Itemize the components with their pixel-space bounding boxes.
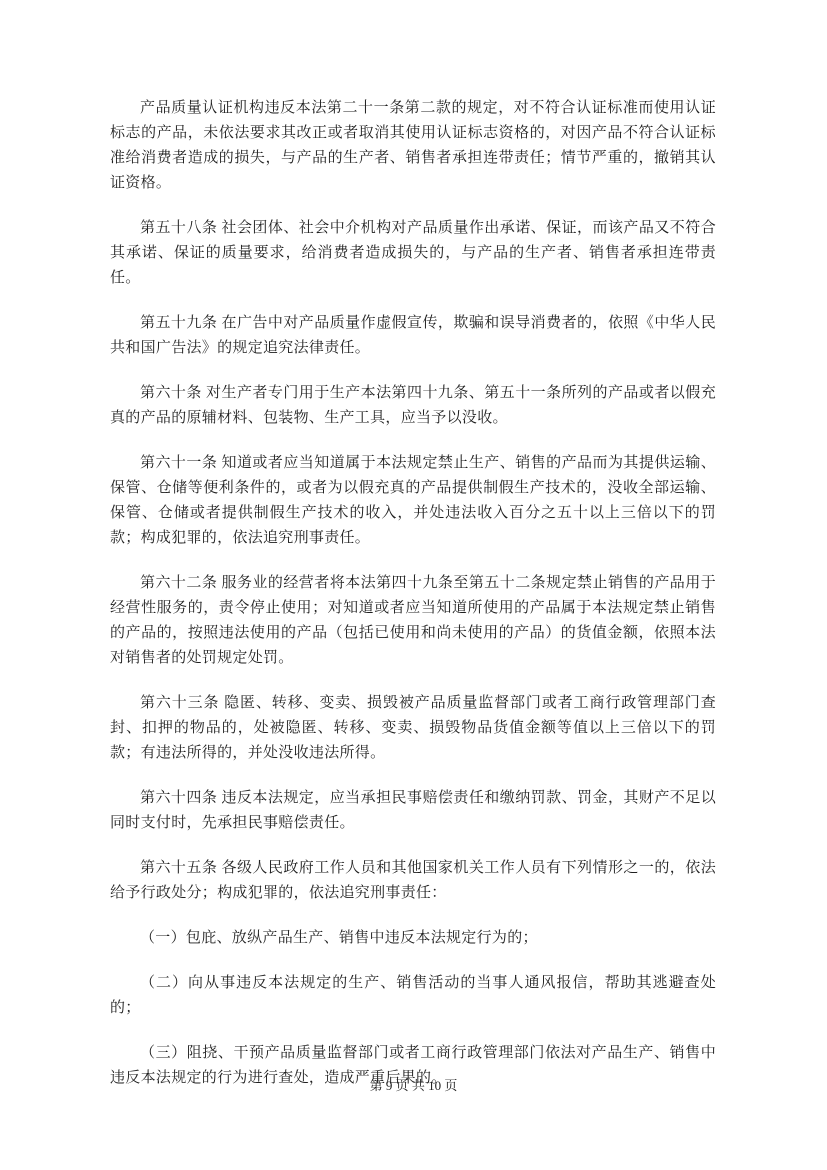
article-60-paragraph: 第六十条 对生产者专门用于生产本法第四十九条、第五十一条所列的产品或者以假充真的… <box>110 381 716 431</box>
document-page: 产品质量认证机构违反本法第二十一条第二款的规定，对不符合认证标准而使用认证标志的… <box>0 0 827 1170</box>
article-58-paragraph: 第五十八条 社会团体、社会中介机构对产品质量作出承诺、保证，而该产品又不符合其承… <box>110 216 716 291</box>
article-65-item-2-paragraph: （二）向从事违反本法规定的生产、销售活动的当事人通风报信，帮助其逃避查处的； <box>110 971 716 1021</box>
article-64-paragraph: 第六十四条 违反本法规定，应当承担民事赔偿责任和缴纳罚款、罚金，其财产不足以同时… <box>110 786 716 836</box>
article-62-paragraph: 第六十二条 服务业的经营者将本法第四十九条至第五十二条规定禁止销售的产品用于经营… <box>110 571 716 671</box>
article-61-paragraph: 第六十一条 知道或者应当知道属于本法规定禁止生产、销售的产品而为其提供运输、保管… <box>110 451 716 551</box>
article-65-paragraph: 第六十五条 各级人民政府工作人员和其他国家机关工作人员有下列情形之一的，依法给予… <box>110 856 716 906</box>
article-59-paragraph: 第五十九条 在广告中对产品质量作虚假宣传，欺骗和误导消费者的，依照《中华人民共和… <box>110 311 716 361</box>
page-number-footer: 第 9 页 共 10 页 <box>0 1077 827 1095</box>
article-65-item-1-paragraph: （一）包庇、放纵产品生产、销售中违反本法规定行为的； <box>110 926 716 951</box>
document-body: 产品质量认证机构违反本法第二十一条第二款的规定，对不符合认证标准而使用认证标志的… <box>110 96 716 1091</box>
article-63-paragraph: 第六十三条 隐匿、转移、变卖、损毁被产品质量监督部门或者工商行政管理部门查封、扣… <box>110 691 716 766</box>
article-57-certification-liability-paragraph: 产品质量认证机构违反本法第二十一条第二款的规定，对不符合认证标准而使用认证标志的… <box>110 96 716 196</box>
